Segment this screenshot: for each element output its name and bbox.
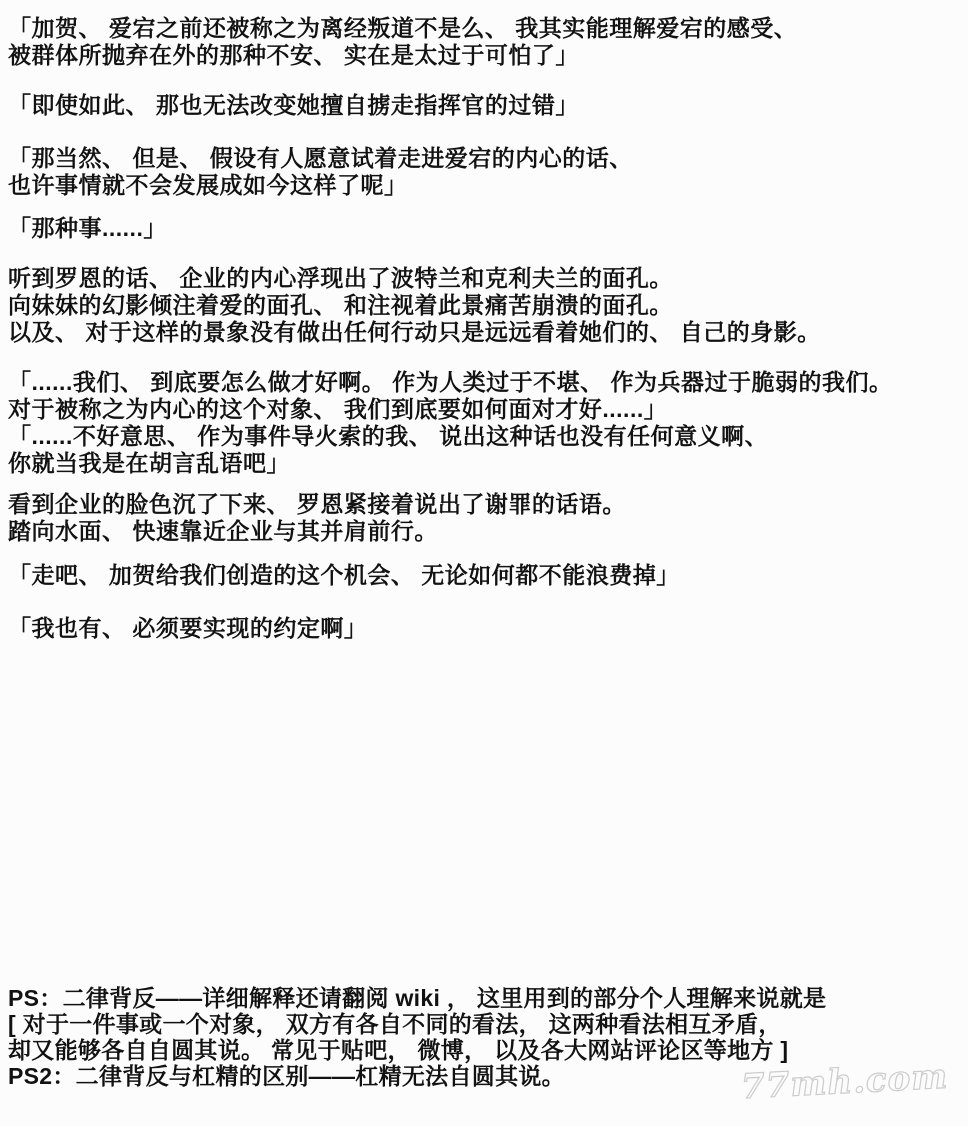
- text-line: 被群体所抛弃在外的那种不安、 实在是太过于可怕了」: [8, 42, 964, 69]
- footnote-line: PS：二律背反——详细解释还请翻阅 wiki ， 这里用到的部分个人理解来说就是: [8, 985, 964, 1011]
- footnote-line: [ 对于一件事或一个对象， 双方有各自不同的看法， 这两种看法相互矛盾，: [8, 1011, 964, 1037]
- narration-paragraph: 听到罗恩的话、 企业的内心浮现出了波特兰和克利夫兰的面孔。 向妹妹的幻影倾注着爱…: [8, 265, 964, 346]
- dialogue-paragraph: 「即使如此、 那也无法改变她擅自掳走指挥官的过错」: [8, 92, 964, 119]
- dialogue-paragraph: 「加贺、 爱宕之前还被称之为离经叛道不是么、 我其实能理解爱宕的感受、 被群体所…: [8, 15, 964, 69]
- text-line: 看到企业的脸色沉了下来、 罗恩紧接着说出了谢罪的话语。: [8, 491, 964, 518]
- text-line: 对于被称之为内心的这个对象、 我们到底要如何面对才好......」: [8, 396, 964, 423]
- text-line: 「走吧、 加贺给我们创造的这个机会、 无论如何都不能浪费掉」: [8, 562, 964, 589]
- dialogue-paragraph: 「......我们、 到底要怎么做才好啊。 作为人类过于不堪、 作为兵器过于脆弱…: [8, 369, 964, 477]
- text-line: 以及、 对于这样的景象没有做出任何行动只是远远看着她们的、 自己的身影。: [8, 319, 964, 346]
- footnote-line: 却又能够各自自圆其说。 常见于贴吧， 微博， 以及各大网站评论区等地方 ]: [8, 1037, 964, 1063]
- text-line: 「加贺、 爱宕之前还被称之为离经叛道不是么、 我其实能理解爱宕的感受、: [8, 15, 964, 42]
- dialogue-paragraph: 「我也有、 必须要实现的约定啊」: [8, 615, 964, 642]
- text-line: 「......我们、 到底要怎么做才好啊。 作为人类过于不堪、 作为兵器过于脆弱…: [8, 369, 964, 396]
- text-line: 「即使如此、 那也无法改变她擅自掳走指挥官的过错」: [8, 92, 964, 119]
- text-line: 「那当然、 但是、 假设有人愿意试着走进爱宕的内心的话、: [8, 145, 964, 172]
- text-line: 「那种事......」: [8, 215, 964, 242]
- dialogue-paragraph: 「走吧、 加贺给我们创造的这个机会、 无论如何都不能浪费掉」: [8, 562, 964, 589]
- text-line: 「......不好意思、 作为事件导火索的我、 说出这种话也没有任何意义啊、: [8, 423, 964, 450]
- narration-paragraph: 看到企业的脸色沉了下来、 罗恩紧接着说出了谢罪的话语。 踏向水面、 快速靠近企业…: [8, 491, 964, 545]
- text-line: 你就当我是在胡言乱语吧」: [8, 450, 964, 477]
- text-line: 也许事情就不会发展成如今这样了呢」: [8, 172, 964, 199]
- manga-text-page: 「加贺、 爱宕之前还被称之为离经叛道不是么、 我其实能理解爱宕的感受、 被群体所…: [0, 0, 968, 1126]
- text-line: 听到罗恩的话、 企业的内心浮现出了波特兰和克利夫兰的面孔。: [8, 265, 964, 292]
- dialogue-paragraph: 「那种事......」: [8, 215, 964, 242]
- dialogue-paragraph: 「那当然、 但是、 假设有人愿意试着走进爱宕的内心的话、 也许事情就不会发展成如…: [8, 145, 964, 199]
- text-line: 踏向水面、 快速靠近企业与其并肩前行。: [8, 518, 964, 545]
- text-line: 「我也有、 必须要实现的约定啊」: [8, 615, 964, 642]
- text-line: 向妹妹的幻影倾注着爱的面孔、 和注视着此景痛苦崩溃的面孔。: [8, 292, 964, 319]
